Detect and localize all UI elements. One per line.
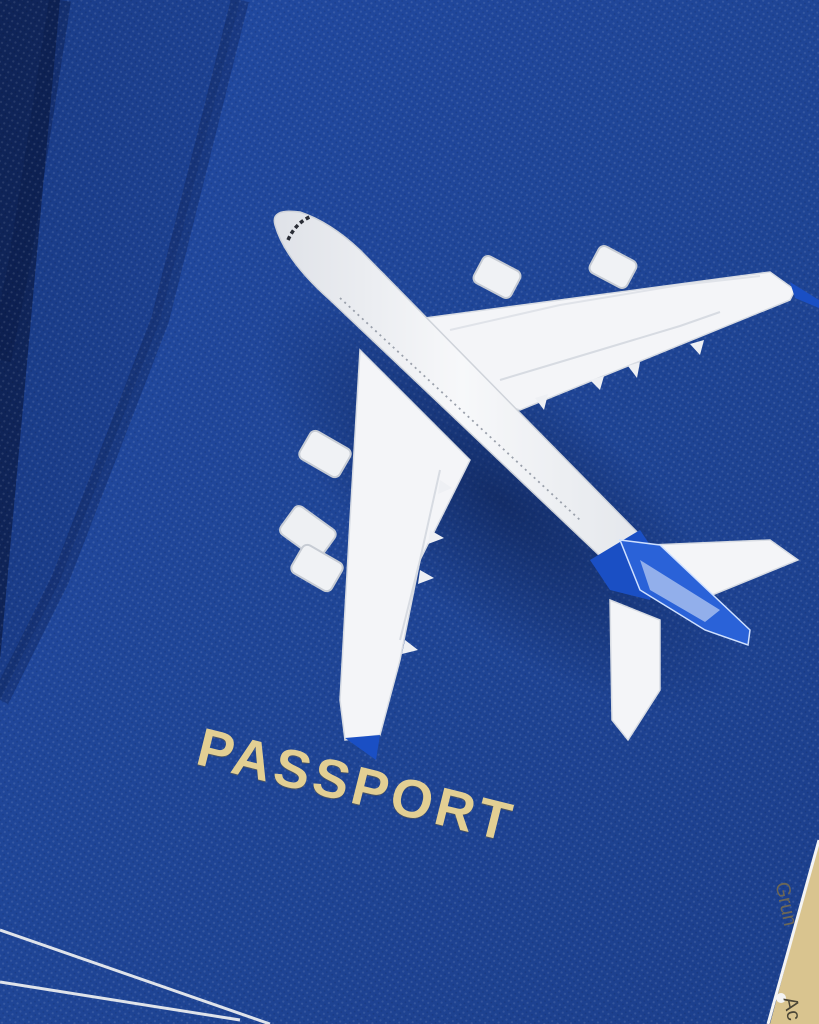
visa-page-text-2: Ac (778, 995, 805, 1023)
passport-airplane-photo (0, 0, 819, 1024)
photo-scene: PASSPORT Grun Ac (0, 0, 819, 1024)
